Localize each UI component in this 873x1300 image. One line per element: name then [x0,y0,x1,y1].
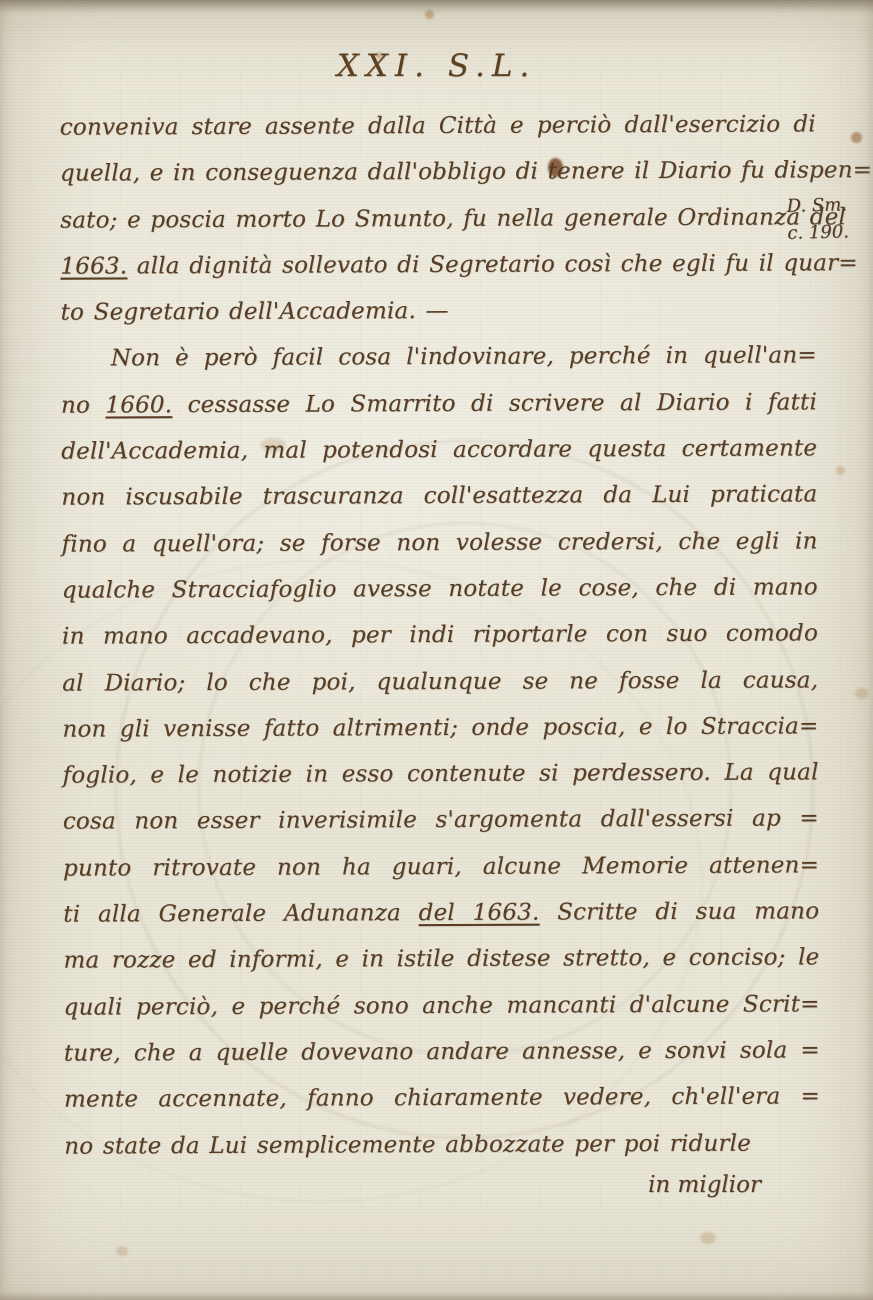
manuscript-line: dell'Accademia, mal potendosi accordare … [61,425,817,475]
manuscript-line: qualche Stracciafoglio avesse notate le … [62,564,818,614]
page-top-edge [0,0,873,14]
manuscript-text: Scritte di sua mano [539,898,819,925]
foxing-spot [836,466,845,475]
manuscript-text: quali perciò, e perché sono anche mancan… [64,991,820,1020]
foxing-spot [855,688,868,699]
manuscript-line: conveniva stare assente dalla Città e pe… [60,101,816,151]
underlined-text: 1660. [105,392,172,418]
manuscript-text: ma rozze ed informi, e in istile distese… [63,945,819,974]
manuscript-text: foglio, e le notizie in esso contenute s… [63,760,819,789]
manuscript-line: fino a quell'ora; se forse non volesse c… [61,518,817,568]
manuscript-text: Non è però facil cosa l'indovinare, perc… [111,343,817,372]
manuscript-text: dell'Accademia, mal potendosi accordare … [61,435,817,464]
manuscript-text: non iscusabile trascuranza coll'esattezz… [61,482,817,511]
manuscript-line: quella, e in conseguenza dall'obbligo di… [60,148,816,198]
manuscript-line: no state da Lui semplicemente abbozzate … [64,1120,820,1170]
catchword: in miglior [648,1172,761,1198]
page-heading: XXI. S.L. [0,48,873,84]
manuscript-line: ture, che a quelle dovevano andare annes… [64,1027,820,1077]
manuscript-line: ti alla Generale Adunanza del 1663. Scri… [63,888,819,938]
manuscript-line: mente accennate, fanno chiaramente veder… [64,1074,820,1124]
manuscript-line: ma rozze ed informi, e in istile distese… [63,935,819,985]
manuscript-text: sato; e poscia morto Lo Smunto, fu nella… [60,204,846,233]
manuscript-text: ti alla Generale Adunanza [63,900,419,928]
manuscript-line: punto ritrovate non ha guari, alcune Mem… [63,842,819,892]
manuscript-text: punto ritrovate non ha guari, alcune Mem… [63,852,819,881]
manuscript-line: sato; e poscia morto Lo Smunto, fu nella… [60,194,816,244]
manuscript-line: to Segretario dell'Accademia. — [60,287,816,337]
manuscript-line: Non è però facil cosa l'indovinare, perc… [61,333,817,383]
manuscript-text: al Diario; lo che poi, qualunque se ne f… [62,667,818,696]
manuscript-line: non iscusabile trascuranza coll'esattezz… [61,472,817,522]
manuscript-line: non gli venisse fatto altrimenti; onde p… [62,703,818,753]
underlined-text: 1663. [60,253,127,279]
manuscript-line: cosa non esser inverisimile s'argomenta … [63,796,819,846]
underlined-text: del 1663. [419,900,540,927]
manuscript-text: non gli venisse fatto altrimenti; onde p… [62,713,818,742]
manuscript-text: quella, e in conseguenza dall'obbligo di… [60,157,872,187]
manuscript-text: to Segretario dell'Accademia. — [61,298,449,326]
manuscript-text: no [61,392,106,418]
foxing-spot [425,10,434,19]
manuscript-text: qualche Stracciafoglio avesse notate le … [62,574,818,603]
foxing-spot [851,132,862,143]
manuscript-line: no 1660. cessasse Lo Smarrito di scriver… [61,379,817,429]
foxing-spot [116,1246,128,1256]
manuscript-text: mente accennate, fanno chiaramente veder… [64,1084,820,1113]
manuscript-text: no state da Lui semplicemente abbozzate … [64,1130,751,1159]
manuscript-line: quali perciò, e perché sono anche mancan… [64,981,820,1031]
manuscript-text: cessasse Lo Smarrito di scrivere al Diar… [172,389,817,418]
manuscript-text: ture, che a quelle dovevano andare annes… [64,1037,820,1066]
manuscript-text: alla dignità sollevato di Segretario cos… [127,250,858,279]
manuscript-text: in mano accadevano, per indi riportarle … [62,621,818,650]
manuscript-page: XXI. S.L. D. Sm. c. 190. conveniva stare… [0,0,873,1300]
manuscript-text: cosa non esser inverisimile s'argomenta … [63,806,819,835]
manuscript-line: foglio, e le notizie in esso contenute s… [63,750,819,800]
foxing-spot [700,1232,716,1244]
manuscript-text: conveniva stare assente dalla Città e pe… [60,111,816,140]
manuscript-lines: conveniva stare assente dalla Città e pe… [60,101,821,1169]
manuscript-line: al Diario; lo che poi, qualunque se ne f… [62,657,818,707]
page-bottom-edge [0,1292,873,1300]
manuscript-line: in mano accadevano, per indi riportarle … [62,611,818,661]
manuscript-line: 1663. alla dignità sollevato di Segretar… [60,240,816,290]
manuscript-text: fino a quell'ora; se forse non volesse c… [62,528,818,557]
